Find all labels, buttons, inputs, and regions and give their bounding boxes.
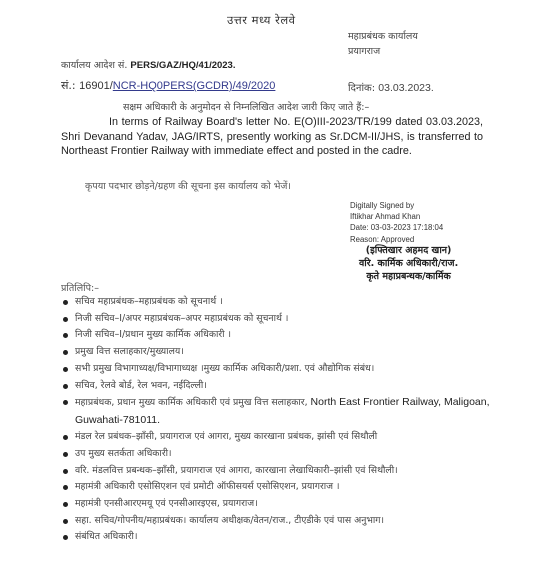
office-city: प्रयागराज: [348, 44, 418, 59]
bullet-icon: [63, 300, 68, 305]
list-item: महाप्रबंधक, प्रधान मुख्य कार्मिक अधिकारी…: [61, 394, 501, 429]
list-item: सभी प्रमुख विभागाध्यक्ष/विभागाध्यक्ष ।मु…: [61, 361, 501, 378]
date-value: 03.03.2023.: [378, 82, 433, 94]
bullet-icon: [63, 367, 68, 372]
signatory-for: कृते महाप्रबन्धक/कार्मिक: [359, 270, 458, 283]
ref-file-link[interactable]: NCR-HQ0PERS(GCDR)/49/2020: [113, 80, 276, 92]
bullet-icon: [63, 519, 68, 524]
bullet-icon: [63, 535, 68, 540]
list-item: वरि. मंडलवित्त प्रबन्धक–झाँसी, प्रयागराज…: [61, 463, 501, 480]
ref-label: सं.:: [61, 79, 76, 92]
bullet-icon: [63, 485, 68, 490]
org-title: उत्तर मध्य रेलवे: [227, 13, 296, 28]
bullet-icon: [63, 400, 68, 405]
bullet-icon: [63, 452, 68, 457]
list-item: महामंत्री अधिकारी एसोसिएशन एवं प्रमोटी ऑ…: [61, 479, 501, 496]
signatory-designation: वरि. कार्मिक अधिकारी/राज.: [359, 257, 458, 270]
copy-to-label: प्रतिलिपि:–: [61, 281, 99, 294]
request-line: कृपया पदभार छोड़ने/ग्रहण की सूचना इस कार…: [85, 179, 291, 192]
signer-name: Iftikhar Ahmad Khan: [350, 211, 443, 222]
list-item: संबंधित अधिकारी।: [61, 529, 501, 546]
order-date: दिनांक: 03.03.2023.: [348, 80, 434, 94]
list-item: सहा. सचिव/गोपनीय/महाप्रबंधक। कार्यालय अध…: [61, 513, 501, 530]
order-label: कार्यालय आदेश सं.: [61, 60, 127, 71]
order-number: PERS/GAZ/HQ/41/2023.: [130, 60, 235, 71]
ref-number: 16901/: [79, 80, 113, 92]
reference-number: सं.: 16901/NCR-HQ0PERS(GCDR)/49/2020: [61, 78, 275, 93]
intro-line: सक्षम अधिकारी के अनुमोदन से निम्नलिखित आ…: [123, 100, 369, 113]
bullet-icon: [63, 469, 68, 474]
order-paragraph: In terms of Railway Board's letter No. E…: [61, 115, 483, 159]
bullet-icon: [63, 502, 68, 507]
office-name: महाप्रबंधक कार्यालय: [348, 29, 418, 44]
list-item: सचिव महाप्रबंधक–महाप्रबंधक को सूचनार्थ ।: [61, 294, 501, 311]
list-item: मंडल रेल प्रबंधक–झाँसी, प्रयागराज एवं आग…: [61, 429, 501, 446]
signature-date: Date: 03-03-2023 17:18:04: [350, 222, 443, 233]
date-label: दिनांक:: [348, 83, 375, 94]
copy-to-list: सचिव महाप्रबंधक–महाप्रबंधक को सूचनार्थ ।…: [61, 294, 501, 546]
list-item: महामंत्री एनसीआरएमयू एवं एनसीआरइएस, प्रय…: [61, 496, 501, 513]
office-address: महाप्रबंधक कार्यालय प्रयागराज: [348, 29, 418, 59]
bullet-icon: [63, 333, 68, 338]
office-order-number: कार्यालय आदेश सं. PERS/GAZ/HQ/41/2023.: [61, 58, 235, 71]
signatory-block: (इफ्तिखार अहमद खान) वरि. कार्मिक अधिकारी…: [359, 244, 458, 283]
list-item: सचिव, रेलवे बोर्ड, रेल भवन, नईदिल्ली।: [61, 378, 501, 395]
bullet-icon: [63, 350, 68, 355]
list-item: निजी सचिव–I/अपर महाप्रबंधक–अपर महाप्रबंध…: [61, 311, 501, 328]
list-item: उप मुख्य सतर्कता अधिकारी।: [61, 446, 501, 463]
signed-by-label: Digitally Signed by: [350, 200, 443, 211]
bullet-icon: [63, 317, 68, 322]
signatory-name: (इफ्तिखार अहमद खान): [359, 244, 458, 257]
bullet-icon: [63, 435, 68, 440]
digital-signature: Digitally Signed by Iftikhar Ahmad Khan …: [350, 200, 443, 245]
list-item: निजी सचिव–I/प्रधान मुख्य कार्मिक अधिकारी…: [61, 327, 501, 344]
list-item: प्रमुख वित्त सलाहकार/मुख्यालय।: [61, 344, 501, 361]
bullet-icon: [63, 384, 68, 389]
